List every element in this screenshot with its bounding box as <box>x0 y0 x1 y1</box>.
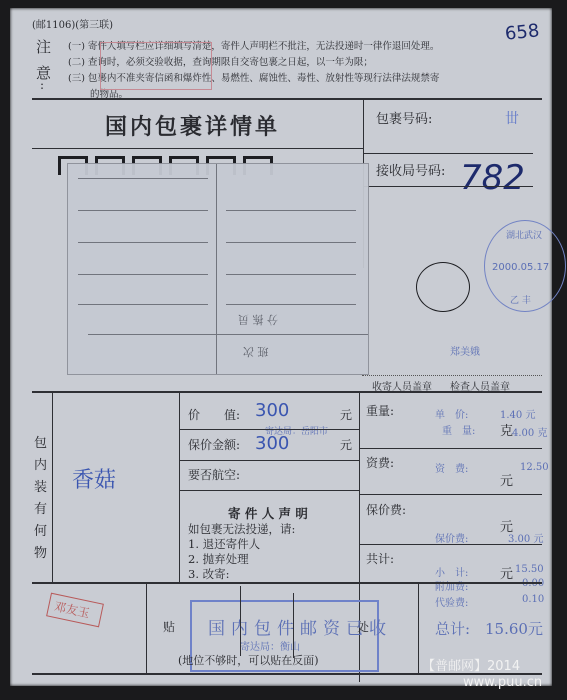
unit-price-label: 单 价: <box>435 406 468 421</box>
postmark-top: 湖北武汉 <box>506 228 542 241</box>
postmark-bottom: 乙 丰 <box>510 293 531 306</box>
declaration-title: 寄 件 人 声 明 <box>228 504 308 522</box>
stamp-area-label-left: 贴 <box>163 618 175 635</box>
card-label-shift: 班 次 <box>243 344 269 360</box>
watermark-line2: www.puu.cn <box>463 675 542 690</box>
insurance-fee-value: 3.00 元 <box>508 530 543 545</box>
circle-mark <box>416 262 470 312</box>
receiving-office-number: 782 <box>460 158 525 198</box>
card-label-sorter: 分 拣 员 <box>238 312 278 328</box>
form-code: (邮1106)(第三联) <box>32 16 113 31</box>
postage-paid-sub: 寄达局：衡山 <box>240 638 300 653</box>
red-box-mark <box>100 42 212 90</box>
notice-label: : <box>40 78 44 92</box>
cod-fee-value: 0.10 <box>522 594 544 605</box>
corner-number: 658 <box>504 20 540 44</box>
subtotal-unit: 元 <box>500 563 513 582</box>
declaration-intro: 如包裹无法投递，请: <box>188 521 295 537</box>
insured-label: 保价金额: <box>188 436 240 453</box>
notice-label: 注 <box>36 36 51 57</box>
insured-unit: 元 <box>340 436 352 453</box>
insured-amount: 300 <box>255 433 289 454</box>
parcel-number-label: 包裹号码: <box>376 108 432 127</box>
weight-printed-value: 4.00 克 <box>512 424 547 439</box>
value-label: 价 值: <box>188 406 240 423</box>
form-title: 国内包裹详情单 <box>105 110 280 141</box>
declaration-option[interactable]: 3. 改寄: <box>188 566 230 582</box>
airmail-label: 要否航空: <box>188 466 240 483</box>
watermark-line1: 【普邮网】2014 <box>422 655 520 674</box>
receiving-office-label: 接收局号码: <box>376 160 445 179</box>
parcel-number-mark: 丗 <box>505 108 519 128</box>
contents-label: 包 内 装 有 何 物 <box>34 433 50 565</box>
subtotal-value: 15.50 <box>515 564 544 575</box>
postage-printed-label: 资 费: <box>435 460 468 475</box>
declaration-option[interactable]: 1. 退还寄件人 <box>188 536 260 552</box>
weight-label: 重量: <box>366 402 394 419</box>
postmark-date: 2000.05.17 <box>492 262 549 273</box>
weight-printed-label: 重 量: <box>442 422 475 437</box>
clerk-stamp: 郑美娥 <box>450 343 480 358</box>
attached-card: 分 拣 员 班 次 <box>67 163 369 375</box>
parcel-form: (邮1106)(第三联) 658 注 意 : (一) 寄件人填写栏应详细填写清楚… <box>10 8 552 686</box>
total-label: 共计: <box>366 550 394 567</box>
insurance-printed-label: 保价费: <box>435 530 468 545</box>
surcharge-label: 附加费: <box>435 578 468 593</box>
postage-value: 12.50 <box>520 462 549 473</box>
cod-fee-label: 代验费: <box>435 594 468 609</box>
postage-unit: 元 <box>500 470 513 489</box>
postage-paid-text: 国内包件邮资已收 <box>208 614 392 639</box>
unit-price-value: 1.40 元 <box>500 406 535 421</box>
surcharge-value: 0.00 <box>522 578 544 589</box>
grand-total-value: 15.60元 <box>485 618 543 639</box>
grand-total-label: 总计: <box>435 618 470 639</box>
value-amount: 300 <box>255 400 289 421</box>
postage-label: 资费: <box>366 454 394 471</box>
contents-value: 香菇 <box>72 463 116 494</box>
declaration-option[interactable]: 2. 抛弃处理 <box>188 551 249 567</box>
value-unit: 元 <box>340 406 352 423</box>
stamp-area-note: (地位不够时，可以贴在反面) <box>178 652 319 668</box>
subtotal-label: 小 计: <box>435 564 468 579</box>
insurance-fee-label: 保价费: <box>366 501 406 518</box>
